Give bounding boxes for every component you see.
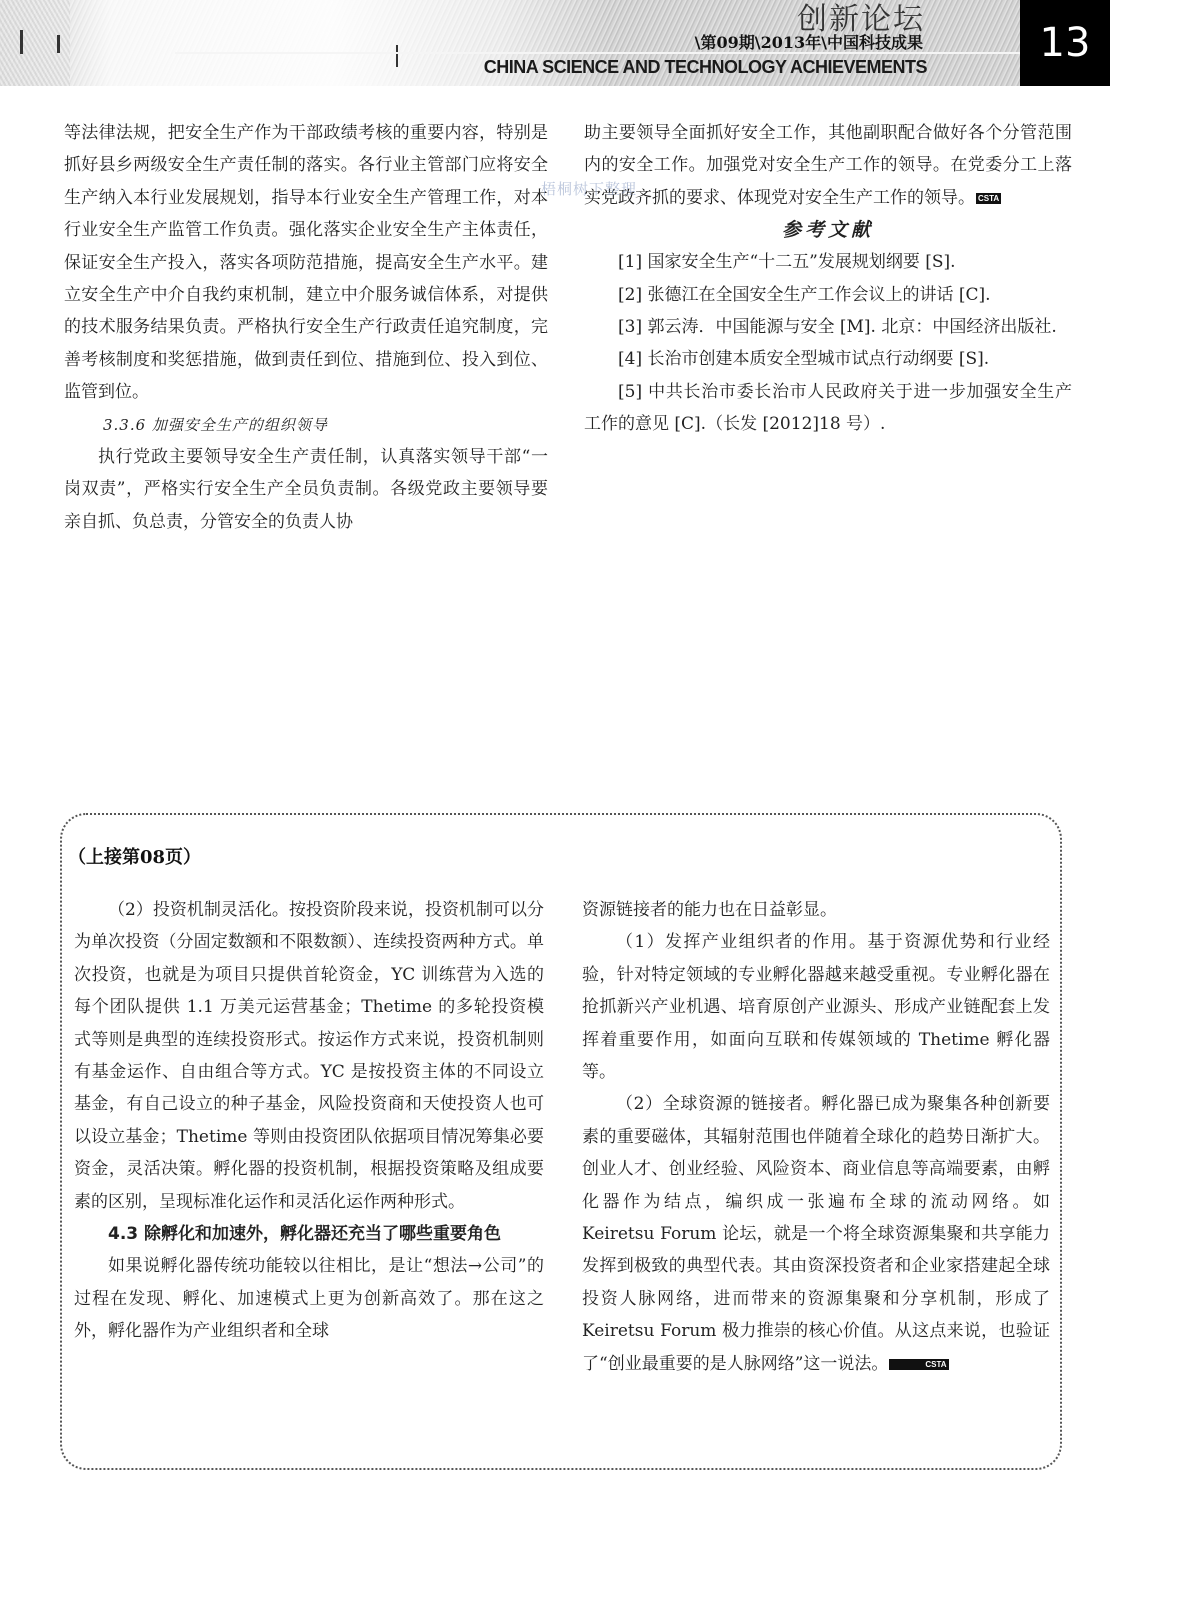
- issue-info: \第09期\2013年\中国科技成果: [695, 30, 923, 53]
- page-number: 13: [1020, 20, 1110, 66]
- subheading: 3.3.6 加强安全生产的组织领导: [64, 409, 548, 441]
- continued-label: （上接第08页）: [68, 843, 201, 869]
- body-paragraph: 资源链接者的能力也在日益彰显。: [582, 894, 1050, 926]
- reference-item: [1] 国家安全生产“十二五”发展规划纲要 [S].: [584, 246, 1072, 278]
- body-paragraph: 如果说孵化器传统功能较以往相比，是让“想法→公司”的过程在发现、孵化、加速模式上…: [74, 1250, 544, 1347]
- top-left-column: 等法律法规，把安全生产作为干部政绩考核的重要内容，特别是抓好县乡两级安全生产责任…: [64, 117, 548, 538]
- references-title: 参考文献: [584, 214, 1072, 246]
- reference-item: [5] 中共长治市委长治市人民政府关于进一步加强安全生产工作的意见 [C].（长…: [584, 376, 1072, 441]
- watermark: 梧桐树下整理: [541, 178, 637, 199]
- csta-end-mark-icon: CSTA: [889, 1359, 948, 1370]
- body-paragraph: （1）发挥产业组织者的作用。基于资源优势和行业经验，针对特定领域的专业孵化器越来…: [582, 926, 1050, 1088]
- csta-end-mark-icon: CSTA: [976, 193, 1001, 204]
- top-right-column: 助主要领导全面抓好安全工作，其他副职配合做好各个分管范围内的安全工作。加强党对安…: [584, 117, 1072, 441]
- page-header: 创新论坛 \第09期\2013年\中国科技成果 CHINA SCIENCE AN…: [0, 0, 1110, 86]
- header-mark: [396, 45, 398, 67]
- body-paragraph: 助主要领导全面抓好安全工作，其他副职配合做好各个分管范围内的安全工作。加强党对安…: [584, 117, 1072, 214]
- body-paragraph: 执行党政主要领导安全生产责任制，认真落实领导干部“一岗双责”，严格实行安全生产全…: [64, 441, 548, 538]
- box-left-column: （2）投资机制灵活化。按投资阶段来说，投资机制可以分为单次投资（分固定数额和不限…: [74, 894, 544, 1348]
- body-paragraph: 等法律法规，把安全生产作为干部政绩考核的重要内容，特别是抓好县乡两级安全生产责任…: [64, 117, 548, 409]
- page-number-box: 13: [1020, 0, 1110, 86]
- reference-item: [4] 长治市创建本质安全型城市试点行动纲要 [S].: [584, 343, 1072, 375]
- paragraph-text: （2）全球资源的链接者。孵化器已成为聚集各种创新要素的重要磁体，其辐射范围也伴随…: [582, 1094, 1050, 1373]
- box-right-column: 资源链接者的能力也在日益彰显。 （1）发挥产业组织者的作用。基于资源优势和行业经…: [582, 894, 1050, 1380]
- header-mark: [57, 35, 60, 53]
- reference-item: [3] 郭云涛．中国能源与安全 [M]. 北京：中国经济出版社.: [584, 311, 1072, 343]
- reference-item: [2] 张德江在全国安全生产工作会议上的讲话 [C].: [584, 279, 1072, 311]
- body-paragraph: （2）全球资源的链接者。孵化器已成为聚集各种创新要素的重要磁体，其辐射范围也伴随…: [582, 1088, 1050, 1380]
- body-paragraph: （2）投资机制灵活化。按投资阶段来说，投资机制可以分为单次投资（分固定数额和不限…: [74, 894, 544, 1218]
- journal-name: CHINA SCIENCE AND TECHNOLOGY ACHIEVEMENT…: [484, 57, 927, 78]
- section-heading: 4.3 除孵化和加速外，孵化器还充当了哪些重要角色: [74, 1218, 544, 1250]
- header-mark: [20, 30, 23, 54]
